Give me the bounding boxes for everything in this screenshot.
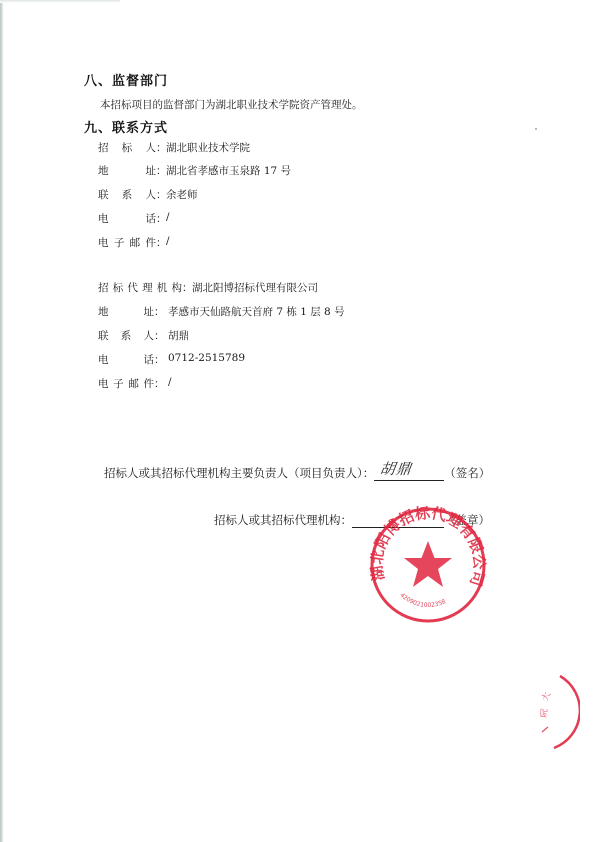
- label: 地 址: [98, 163, 156, 178]
- tenderer-contact: 余老师: [166, 187, 198, 202]
- tenderer-phone: /: [166, 211, 170, 226]
- handwritten-signature: 胡鼎: [379, 458, 414, 479]
- agency-address: 孝感市天仙路航天首府 7 栋 1 层 8 号: [168, 304, 345, 319]
- tenderer-contact-row: 联 系 人：余老师: [98, 187, 198, 202]
- agency-name: 湖北阳博招标代理有限公司: [192, 280, 318, 295]
- tenderer-email: /: [166, 235, 170, 250]
- label: 招 标 人: [98, 140, 156, 155]
- label: 地 址: [98, 304, 154, 319]
- label: 电 话: [98, 352, 154, 367]
- seal-suffix: （盖章）: [444, 513, 490, 527]
- seal-field: [352, 514, 444, 528]
- supervision-body: 本招标项目的监督部门为湖北职业技术学院资产管理处。: [100, 97, 363, 112]
- label: 联 系 人: [98, 328, 154, 343]
- agency-address-row: 地 址：孝感市天仙路航天首府 7 栋 1 层 8 号: [98, 304, 345, 319]
- label: 电子邮件: [98, 235, 156, 250]
- tenderer-address: 湖北省孝感市玉泉路 17 号: [166, 163, 291, 178]
- label: 电 话: [98, 211, 156, 226]
- svg-text:4209021002358: 4209021002358: [399, 592, 448, 609]
- tenderer-address-row: 地 址：湖北省孝感市玉泉路 17 号: [98, 163, 291, 178]
- page-edge: [0, 0, 3, 842]
- signature-field: 胡鼎: [374, 465, 444, 481]
- tenderer-phone-row: 电 话：/: [98, 211, 170, 226]
- tenderer-name: 湖北职业技术学院: [166, 140, 250, 155]
- agency-email: /: [168, 376, 172, 391]
- tenderer-name-row: 招 标 人：湖北职业技术学院: [98, 140, 250, 155]
- label: 招标代理机构: [98, 280, 182, 295]
- agency-email-row: 电子邮件：/: [98, 376, 172, 391]
- star-icon: [404, 541, 452, 587]
- principal-signature-line: 招标人或其招标代理机构主要负责人（项目负责人）：胡鼎（签名）: [104, 465, 490, 481]
- label: 联 系 人: [98, 187, 156, 202]
- tenderer-email-row: 电子邮件：/: [98, 235, 170, 250]
- scan-speck: [535, 128, 537, 130]
- org-label: 招标人或其招标代理机构：: [214, 513, 352, 527]
- label: 电子邮件: [98, 376, 154, 391]
- page-edge-top: [0, 0, 120, 3]
- partial-seal-stamp: 大 院: [540, 672, 580, 752]
- agency-name-row: 招标代理机构：湖北阳博招标代理有限公司: [98, 280, 318, 295]
- seal-code: 4209021002358: [399, 592, 448, 609]
- org-seal-line: 招标人或其招标代理机构：（盖章）: [214, 512, 490, 528]
- principal-label: 招标人或其招标代理机构主要负责人（项目负责人）：: [104, 466, 374, 480]
- agency-contact-row: 联 系 人：胡鼎: [98, 328, 189, 343]
- section-heading-contact: 九、联系方式: [84, 117, 168, 136]
- svg-text:大: 大: [540, 690, 553, 703]
- agency-phone: 0712-2515789: [168, 352, 245, 367]
- section-heading-supervision: 八、监督部门: [84, 70, 168, 89]
- agency-phone-row: 电 话：0712-2515789: [98, 352, 245, 367]
- sign-suffix: （签名）: [444, 466, 490, 480]
- agency-contact: 胡鼎: [168, 328, 189, 343]
- svg-text:院: 院: [540, 708, 550, 719]
